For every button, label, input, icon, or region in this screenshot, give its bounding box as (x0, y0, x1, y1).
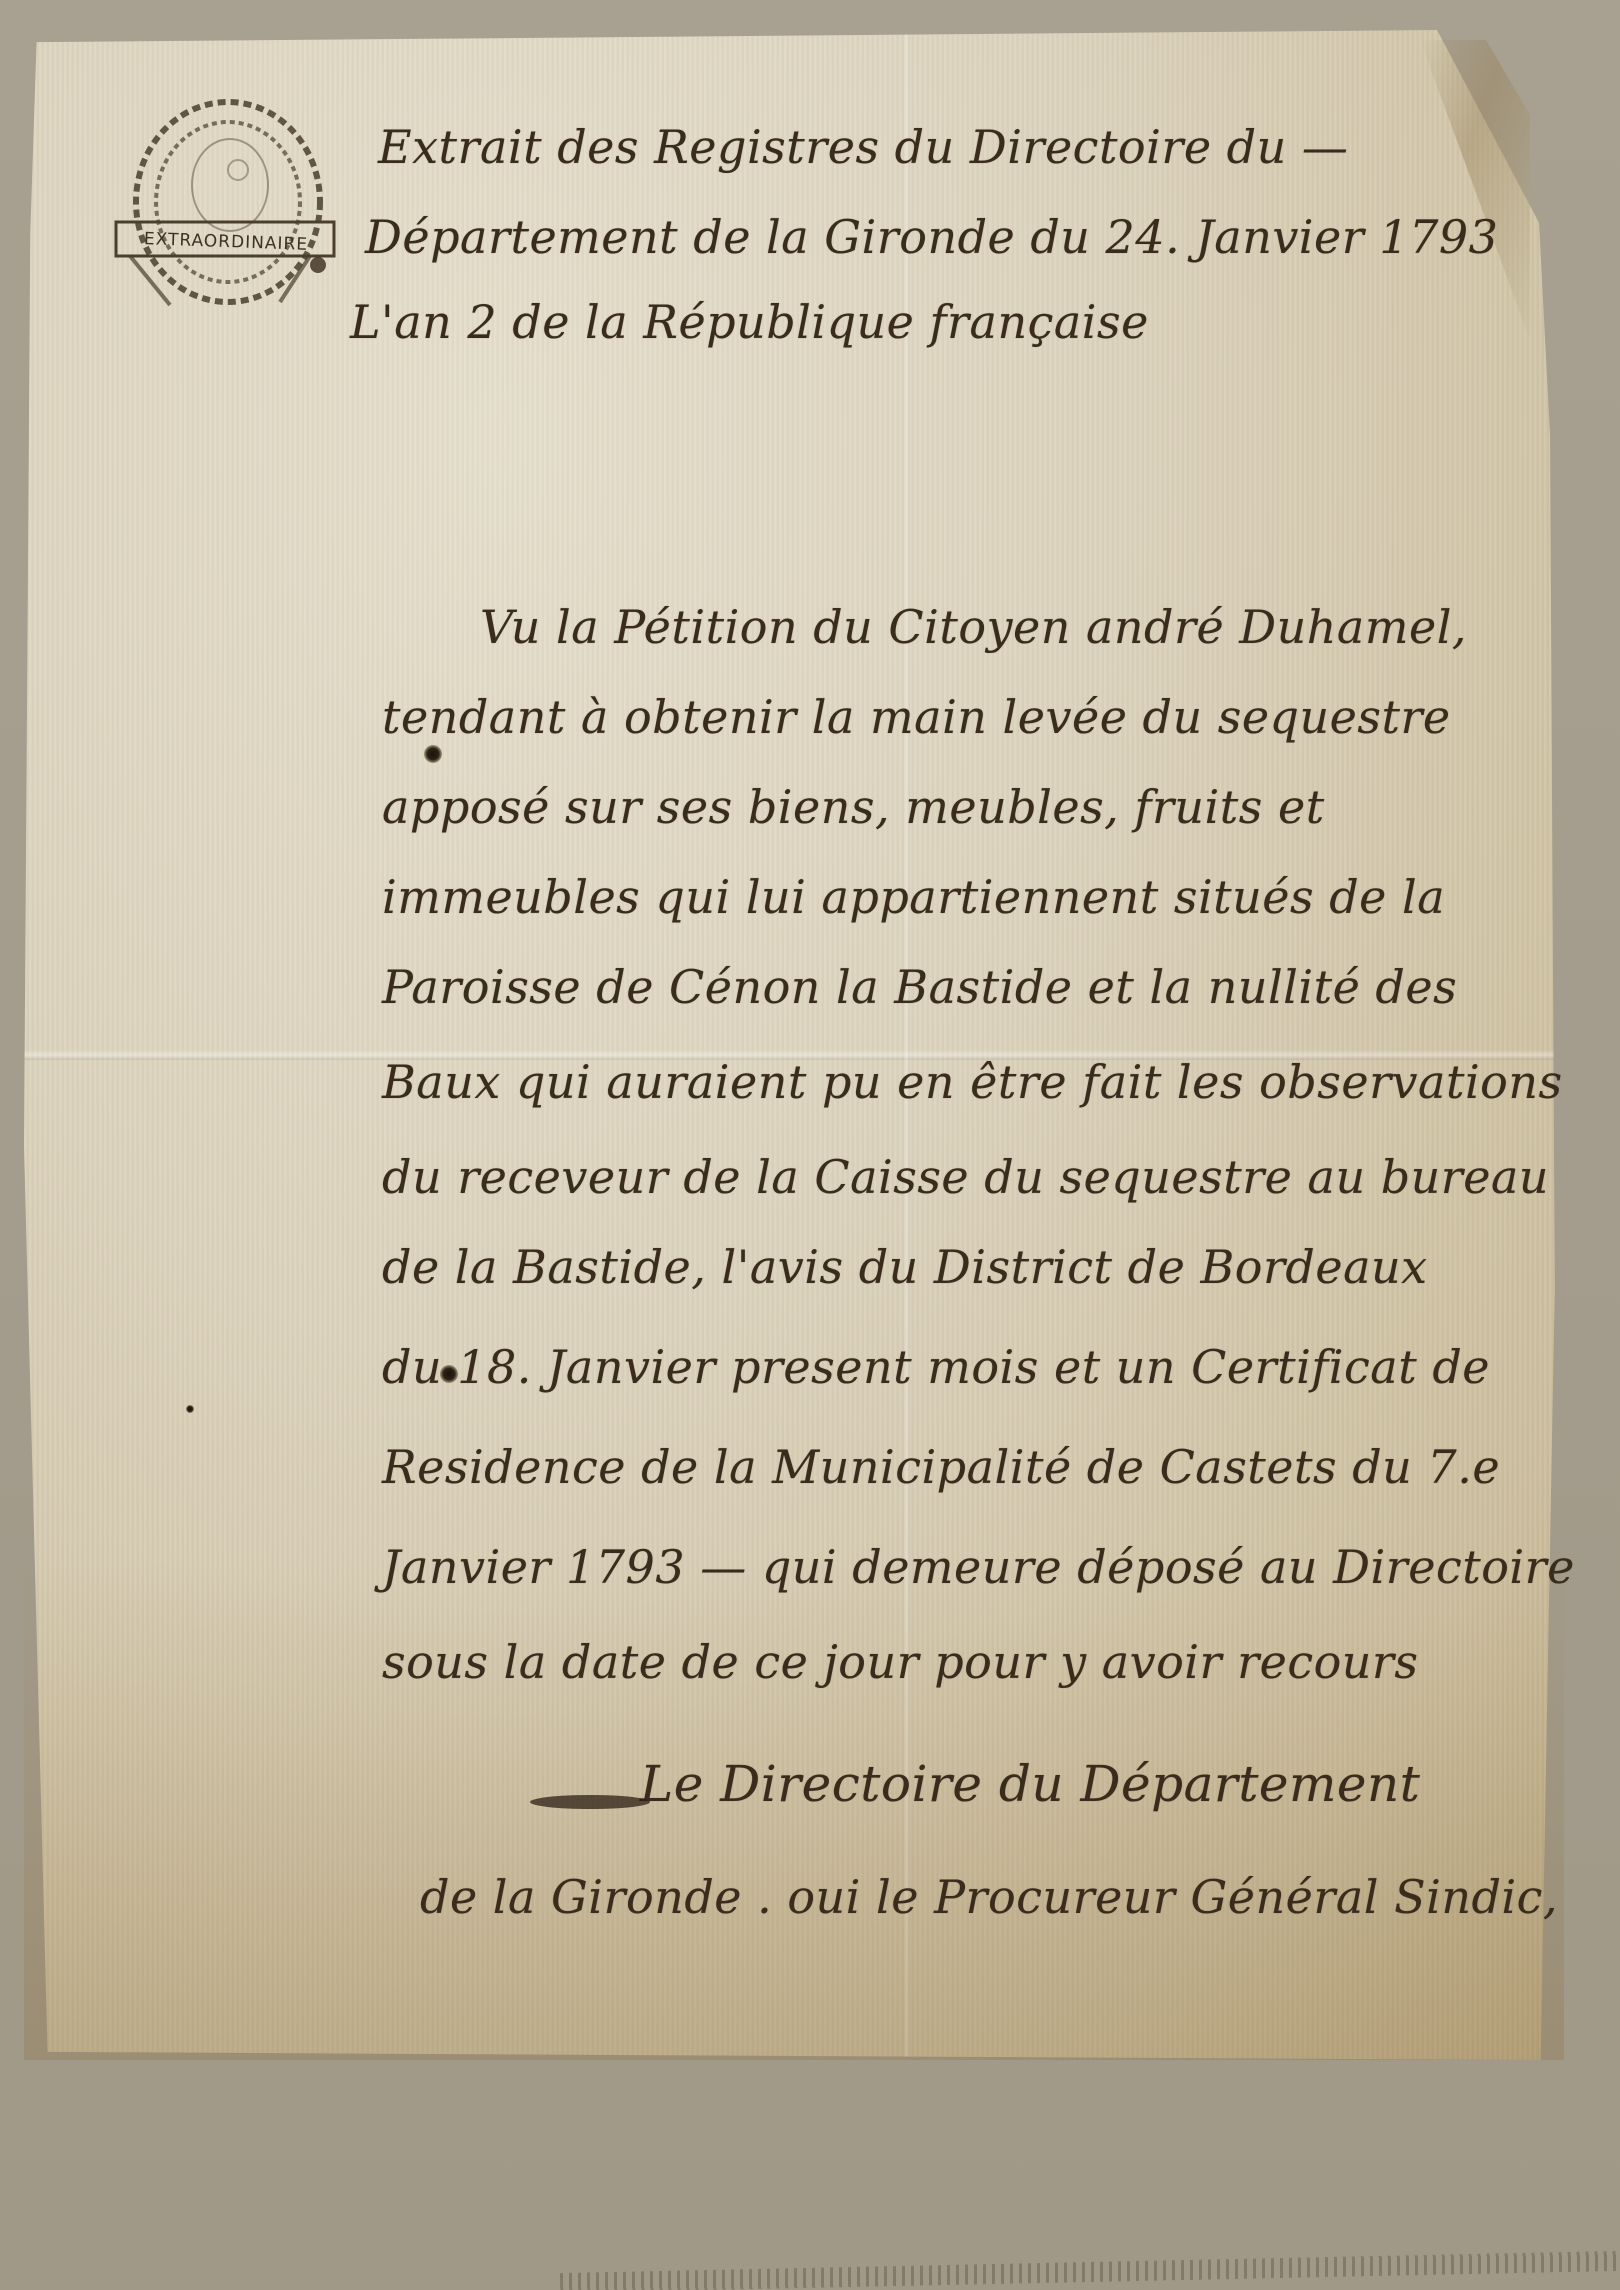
body-line-10: Residence de la Municipalité de Castets … (382, 1440, 1500, 1494)
body-line-14: de la Gironde . oui le Procureur Général… (420, 1870, 1558, 1924)
ink-flourish (530, 1795, 650, 1809)
header-line-3: L'an 2 de la République française (350, 295, 1149, 349)
header-line-1: Extrait des Registres du Directoire du — (378, 120, 1348, 174)
body-line-6: Baux qui auraient pu en être fait les ob… (382, 1055, 1563, 1109)
seal-stamp-graphic (110, 90, 340, 320)
body-line-2: tendant à obtenir la main levée du seque… (382, 690, 1451, 744)
header-line-2: Département de la Gironde du 24. Janvier… (365, 210, 1498, 264)
body-line-8: de la Bastide, l'avis du District de Bor… (382, 1240, 1428, 1294)
body-line-13: Le Directoire du Département (640, 1755, 1420, 1813)
body-line-9: du 18. Janvier present mois et un Certif… (382, 1340, 1490, 1394)
body-line-1: Vu la Pétition du Citoyen andré Duhamel, (480, 600, 1467, 654)
body-line-3: apposé sur ses biens, meubles, fruits et (382, 780, 1325, 834)
body-line-11: Janvier 1793 — qui demeure déposé au Dir… (382, 1540, 1575, 1594)
body-line-12: sous la date de ce jour pour y avoir rec… (382, 1635, 1419, 1689)
body-line-5: Paroisse de Cénon la Bastide et la nulli… (382, 960, 1457, 1014)
body-line-4: immeubles qui lui appartiennent situés d… (382, 870, 1445, 924)
body-line-7: du receveur de la Caisse du sequestre au… (382, 1150, 1549, 1204)
pin-hole-3 (186, 1405, 194, 1413)
seal-stamp-icon: EXTRAORDINAIRE (110, 90, 340, 320)
pin-hole-2 (440, 1365, 458, 1383)
pin-hole-1 (424, 745, 442, 763)
